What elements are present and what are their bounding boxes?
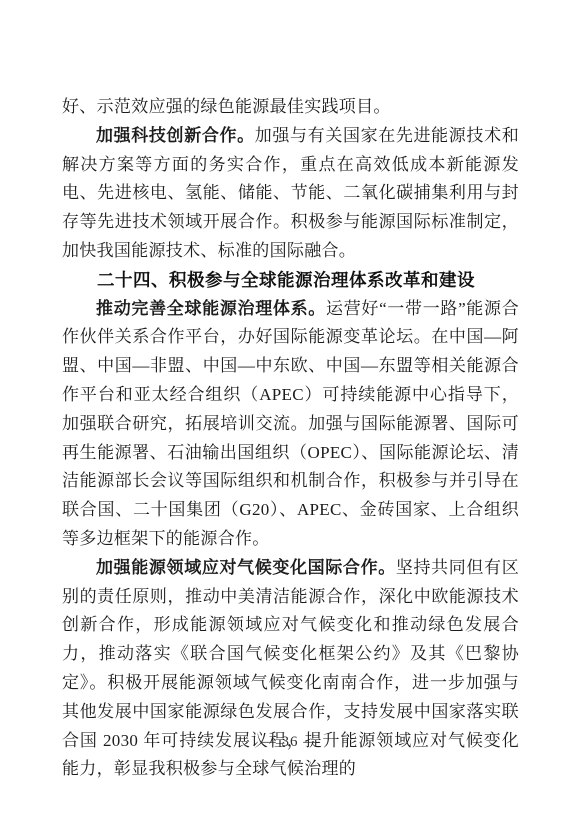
paragraph-global-governance: 推动完善全球能源治理体系。运营好“一带一路”能源合作伙伴关系合作平台，办好国际能… bbox=[62, 295, 519, 554]
section-heading: 二十四、积极参与全球能源治理体系改革和建设 bbox=[62, 266, 519, 295]
paragraph-lead: 加强科技创新合作。 bbox=[96, 126, 255, 145]
paragraph-text: 运营好“一带一路”能源合作伙伴关系合作平台，办好国际能源变革论坛。在中国—阿盟、… bbox=[62, 299, 519, 548]
paragraph-text: 好、示范效应强的绿色能源最佳实践项目。 bbox=[62, 97, 391, 116]
paragraph-continuation: 好、示范效应强的绿色能源最佳实践项目。 bbox=[62, 93, 519, 122]
document-page: 好、示范效应强的绿色能源最佳实践项目。 加强科技创新合作。加强与有关国家在先进能… bbox=[0, 0, 580, 820]
paragraph-lead: 加强能源领域应对气候变化国际合作。 bbox=[96, 558, 396, 577]
paragraph-lead: 推动完善全球能源治理体系。 bbox=[96, 299, 326, 318]
page-number: — 36 — bbox=[0, 731, 580, 753]
page-body: 好、示范效应强的绿色能源最佳实践项目。 加强科技创新合作。加强与有关国家在先进能… bbox=[62, 93, 519, 784]
paragraph-tech-cooperation: 加强科技创新合作。加强与有关国家在先进能源技术和解决方案等方面的务实合作，重点在… bbox=[62, 122, 519, 266]
paragraph-text: 加强与有关国家在先进能源技术和解决方案等方面的务实合作，重点在高效低成本新能源发… bbox=[62, 126, 519, 260]
